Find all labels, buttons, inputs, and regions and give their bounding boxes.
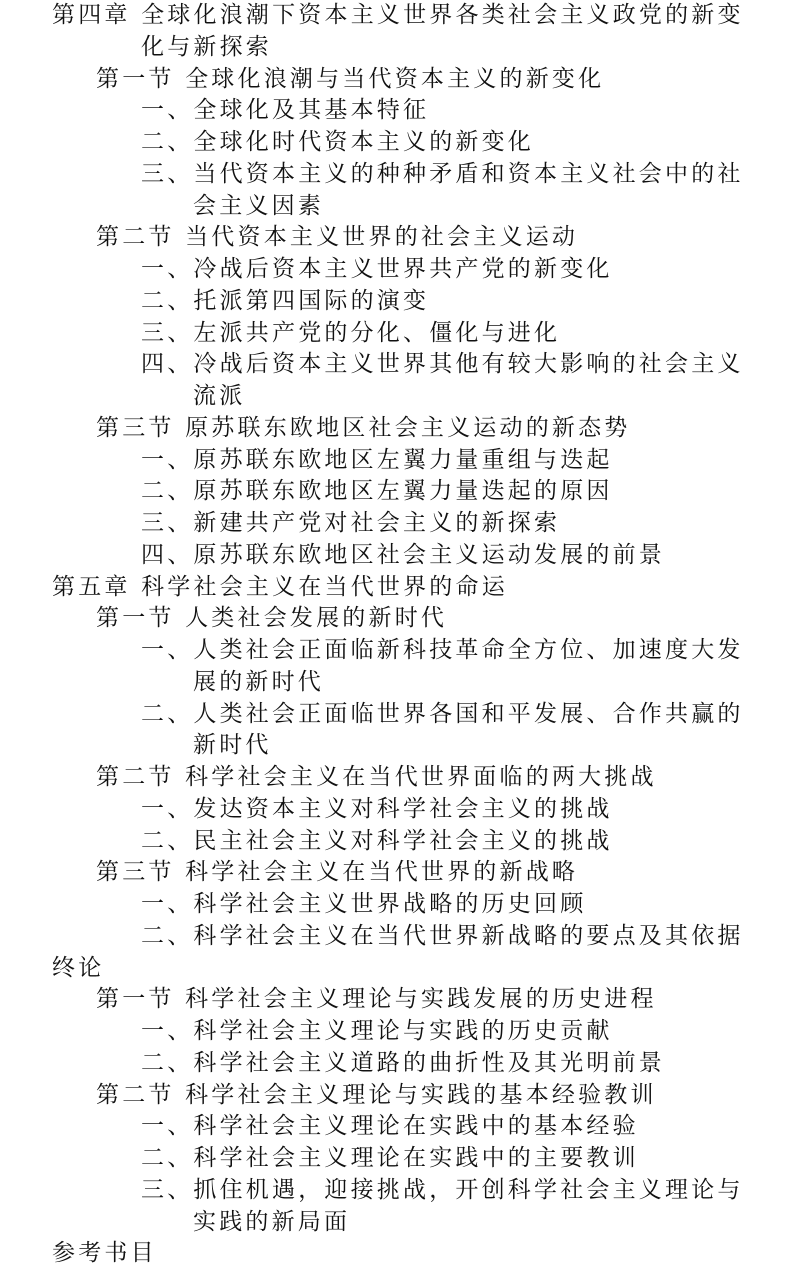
toc-subsection-item[interactable]: 二、民主社会主义对科学社会主义的挑战 — [0, 825, 613, 857]
toc-subsection-item[interactable]: 二、科学社会主义在当代世界新战略的要点及其依据 — [0, 920, 744, 952]
toc-chapter-heading[interactable]: 第四章 全球化浪潮下资本主义世界各类社会主义政党的新变 — [0, 0, 744, 31]
toc-line-text: 二、民主社会主义对科学社会主义的挑战 — [141, 825, 613, 857]
toc-subsection-item[interactable]: 二、原苏联东欧地区左翼力量迭起的原因 — [0, 475, 613, 507]
toc-line-text: 第二节 科学社会主义理论与实践的基本经验教训 — [96, 1079, 657, 1111]
toc-subsection-item[interactable]: 四、冷战后资本主义世界其他有较大影响的社会主义 — [0, 348, 744, 380]
toc-subsection-item[interactable]: 一、冷战后资本主义世界共产党的新变化 — [0, 253, 613, 285]
toc-line-text: 四、冷战后资本主义世界其他有较大影响的社会主义 — [141, 348, 744, 380]
toc-line-text: 第二节 当代资本主义世界的社会主义运动 — [96, 221, 578, 253]
toc-subsection-item[interactable]: 二、科学社会主义理论在实践中的主要教训 — [0, 1142, 639, 1174]
toc-subsection-item[interactable]: 二、托派第四国际的演变 — [0, 285, 429, 317]
toc-subsection-item[interactable]: 三、新建共产党对社会主义的新探索 — [0, 507, 560, 539]
toc-subsection-item[interactable]: 四、原苏联东欧地区社会主义运动发展的前景 — [0, 539, 665, 571]
toc-section-heading[interactable]: 第三节 科学社会主义在当代世界的新战略 — [0, 856, 578, 888]
toc-line-text: 第二节 科学社会主义在当代世界面临的两大挑战 — [96, 761, 657, 793]
toc-line-text: 参考书目 — [52, 1237, 157, 1269]
toc-chapter-heading[interactable]: 终论 — [0, 952, 104, 984]
toc-line-text: 终论 — [52, 952, 104, 984]
toc-line-text: 第一节 全球化浪潮与当代资本主义的新变化 — [96, 63, 604, 95]
toc-line-text: 会主义因素 — [193, 190, 324, 222]
toc-line-text: 三、当代资本主义的种种矛盾和资本主义社会中的社 — [141, 158, 744, 190]
toc-line-text: 第一节 科学社会主义理论与实践发展的历史进程 — [96, 983, 657, 1015]
toc-subsection-item[interactable]: 三、当代资本主义的种种矛盾和资本主义社会中的社 — [0, 158, 744, 190]
toc-line-text: 一、科学社会主义理论在实践中的基本经验 — [141, 1110, 639, 1142]
toc-line-text: 第四章 全球化浪潮下资本主义世界各类社会主义政党的新变 — [52, 0, 744, 31]
toc-line-text: 一、全球化及其基本特征 — [141, 94, 429, 126]
toc-chapter-heading[interactable]: 第五章 科学社会主义在当代世界的命运 — [0, 571, 508, 603]
toc-chapter-heading-continuation: 化与新探索 — [0, 31, 272, 63]
toc-line-text: 二、科学社会主义道路的曲折性及其光明前景 — [141, 1047, 665, 1079]
toc-subsection-item[interactable]: 二、人类社会正面临世界各国和平发展、合作共赢的 — [0, 698, 744, 730]
toc-line-text: 二、全球化时代资本主义的新变化 — [141, 126, 534, 158]
toc-subsection-item[interactable]: 三、抓住机遇，迎接挑战，开创科学社会主义理论与 — [0, 1174, 744, 1206]
toc-line-text: 二、原苏联东欧地区左翼力量迭起的原因 — [141, 475, 613, 507]
toc-subsection-item[interactable]: 二、科学社会主义道路的曲折性及其光明前景 — [0, 1047, 665, 1079]
toc-line-text: 一、原苏联东欧地区左翼力量重组与迭起 — [141, 444, 613, 476]
toc-line-text: 三、左派共产党的分化、僵化与进化 — [141, 317, 560, 349]
toc-section-heading[interactable]: 第一节 全球化浪潮与当代资本主义的新变化 — [0, 63, 604, 95]
toc-subsection-item[interactable]: 一、全球化及其基本特征 — [0, 94, 429, 126]
toc-line-text: 三、新建共产党对社会主义的新探索 — [141, 507, 560, 539]
toc-section-heading[interactable]: 第二节 当代资本主义世界的社会主义运动 — [0, 221, 578, 253]
toc-line-text: 二、人类社会正面临世界各国和平发展、合作共赢的 — [141, 698, 744, 730]
toc-line-text: 二、托派第四国际的演变 — [141, 285, 429, 317]
toc-chapter-heading[interactable]: 参考书目 — [0, 1237, 157, 1269]
toc-subsection-item[interactable]: 三、左派共产党的分化、僵化与进化 — [0, 317, 560, 349]
toc-section-heading[interactable]: 第一节 人类社会发展的新时代 — [0, 602, 447, 634]
toc-subsection-item[interactable]: 一、发达资本主义对科学社会主义的挑战 — [0, 793, 613, 825]
toc-line-text: 实践的新局面 — [193, 1206, 350, 1238]
toc-subsection-item-continuation: 新时代 — [0, 729, 272, 761]
toc-subsection-item[interactable]: 一、科学社会主义世界战略的历史回顾 — [0, 888, 586, 920]
toc-subsection-item-continuation: 会主义因素 — [0, 190, 324, 222]
toc-line-text: 第五章 科学社会主义在当代世界的命运 — [52, 571, 508, 603]
toc-subsection-item[interactable]: 一、科学社会主义理论与实践的历史贡献 — [0, 1015, 613, 1047]
toc-line-text: 一、发达资本主义对科学社会主义的挑战 — [141, 793, 613, 825]
toc-line-text: 二、科学社会主义理论在实践中的主要教训 — [141, 1142, 639, 1174]
toc-line-text: 第三节 科学社会主义在当代世界的新战略 — [96, 856, 578, 888]
toc-line-text: 一、人类社会正面临新科技革命全方位、加速度大发 — [141, 634, 744, 666]
toc-line-text: 展的新时代 — [193, 666, 324, 698]
toc-subsection-item[interactable]: 二、全球化时代资本主义的新变化 — [0, 126, 534, 158]
toc-subsection-item-continuation: 实践的新局面 — [0, 1206, 350, 1238]
toc-subsection-item-continuation: 展的新时代 — [0, 666, 324, 698]
toc-section-heading[interactable]: 第二节 科学社会主义在当代世界面临的两大挑战 — [0, 761, 657, 793]
toc-section-heading[interactable]: 第三节 原苏联东欧地区社会主义运动的新态势 — [0, 412, 631, 444]
toc-subsection-item[interactable]: 一、原苏联东欧地区左翼力量重组与迭起 — [0, 444, 613, 476]
toc-line-text: 化与新探索 — [141, 31, 272, 63]
toc-line-text: 一、科学社会主义世界战略的历史回顾 — [141, 888, 586, 920]
toc-section-heading[interactable]: 第二节 科学社会主义理论与实践的基本经验教训 — [0, 1079, 657, 1111]
toc-subsection-item[interactable]: 一、人类社会正面临新科技革命全方位、加速度大发 — [0, 634, 744, 666]
toc-line-text: 第三节 原苏联东欧地区社会主义运动的新态势 — [96, 412, 631, 444]
toc-line-text: 一、冷战后资本主义世界共产党的新变化 — [141, 253, 613, 285]
toc-subsection-item-continuation: 流派 — [0, 380, 245, 412]
toc-subsection-item[interactable]: 一、科学社会主义理论在实践中的基本经验 — [0, 1110, 639, 1142]
toc-line-text: 二、科学社会主义在当代世界新战略的要点及其依据 — [141, 920, 744, 952]
toc-line-text: 三、抓住机遇，迎接挑战，开创科学社会主义理论与 — [141, 1174, 744, 1206]
toc-section-heading[interactable]: 第一节 科学社会主义理论与实践发展的历史进程 — [0, 983, 657, 1015]
toc-line-text: 流派 — [193, 380, 245, 412]
toc-line-text: 四、原苏联东欧地区社会主义运动发展的前景 — [141, 539, 665, 571]
toc-line-text: 一、科学社会主义理论与实践的历史贡献 — [141, 1015, 613, 1047]
toc-line-text: 第一节 人类社会发展的新时代 — [96, 602, 447, 634]
toc-line-text: 新时代 — [193, 729, 272, 761]
